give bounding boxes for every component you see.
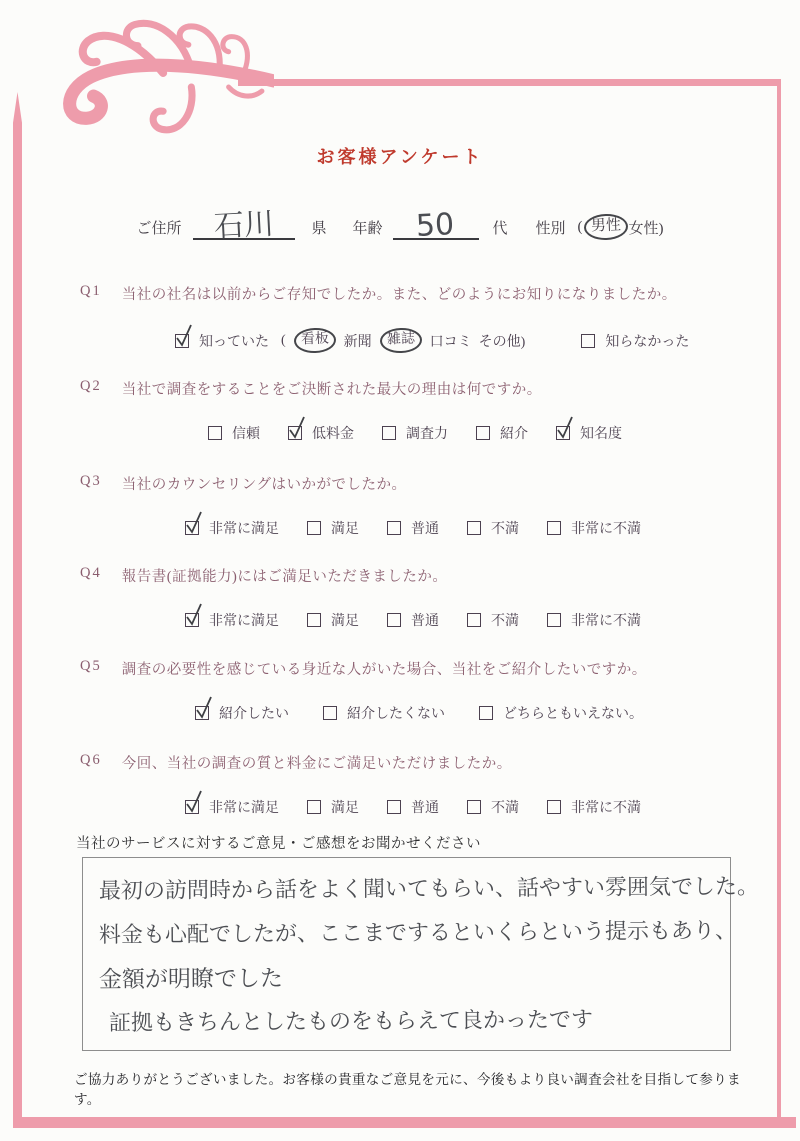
- checkbox-icon: [467, 800, 481, 814]
- option-紹介[interactable]: 紹介: [476, 423, 528, 443]
- option-label: 普通: [411, 610, 439, 630]
- comment-line: 証拠もきちんとしたものをもらえて良かったです: [109, 998, 714, 1046]
- option-label: 信頼: [232, 423, 260, 443]
- option-label: 知名度: [580, 423, 622, 443]
- option-普通[interactable]: 普通: [387, 797, 439, 817]
- question-id: Q1: [80, 283, 102, 304]
- check-mark-icon: [184, 508, 204, 536]
- checkbox-icon: [479, 706, 493, 720]
- check-mark-icon: [174, 321, 194, 349]
- checkbox-icon: [467, 521, 481, 535]
- option-満足[interactable]: 満足: [307, 518, 359, 538]
- question-id: Q4: [80, 565, 102, 586]
- option-label: 満足: [331, 518, 359, 538]
- option-label: 満足: [331, 797, 359, 817]
- option-label: 紹介: [500, 423, 528, 443]
- option-満足[interactable]: 満足: [307, 610, 359, 630]
- option-label: 知っていた: [199, 331, 269, 351]
- question-block-Q4: Q4報告書(証拠能力)にはご満足いただきましたか。非常に満足満足普通不満非常に不…: [80, 565, 770, 630]
- answer-row: 知っていた(看板新聞雑誌口コミその他)知らなかった: [175, 328, 770, 353]
- option-label: 紹介したい: [219, 703, 289, 723]
- address-label: ご住所: [136, 217, 181, 242]
- option-label: 非常に満足: [209, 797, 279, 817]
- option-label: 知らなかった: [605, 331, 689, 351]
- question-id: Q2: [80, 378, 102, 399]
- check-mark-icon: [287, 413, 307, 441]
- checkbox-icon: [307, 521, 321, 535]
- option-label: 普通: [411, 797, 439, 817]
- question-text: 当社のカウンセリングはいかがでしたか。: [122, 473, 407, 494]
- answer-row: 非常に満足満足普通不満非常に不満: [185, 610, 770, 630]
- checkbox-icon: [382, 426, 396, 440]
- source-circled[interactable]: 看板: [293, 327, 336, 353]
- flourish-icon: [22, 16, 274, 148]
- question-line: Q5調査の必要性を感じている身近な人がいた場合、当社をご紹介したいですか。: [80, 658, 770, 679]
- footer-note: ご協力ありがとうございました。お客様の貴重なご意見を元に、今後もより良い調査会社…: [74, 1068, 750, 1108]
- frame-left-bar: [13, 92, 22, 1118]
- checkbox-icon: [387, 800, 401, 814]
- age-field[interactable]: 50: [393, 198, 479, 240]
- age-value: 50: [416, 210, 456, 242]
- checkbox-icon: [185, 521, 199, 535]
- checkbox-icon: [307, 613, 321, 627]
- check-mark-icon: [184, 787, 204, 815]
- checkbox-icon: [208, 426, 222, 440]
- comment-line: 料金も心配でしたが、ここまでするといくらという提示もあり、: [99, 910, 714, 958]
- question-text: 報告書(証拠能力)にはご満足いただきましたか。: [122, 565, 448, 586]
- gender-options[interactable]: ( 男性 女性): [578, 214, 664, 242]
- source-item[interactable]: 口コミ: [430, 331, 472, 351]
- option-非常に不満[interactable]: 非常に不満: [547, 797, 641, 817]
- option-不満[interactable]: 不満: [467, 518, 519, 538]
- option-label: 低料金: [312, 423, 354, 443]
- checkbox-icon: [288, 426, 302, 440]
- option-label: 非常に満足: [209, 518, 279, 538]
- answer-row: 非常に満足満足普通不満非常に不満: [185, 797, 770, 817]
- checkbox-icon: [581, 334, 595, 348]
- option-label: 非常に不満: [571, 518, 641, 538]
- option-不満[interactable]: 不満: [467, 797, 519, 817]
- checkbox-icon: [547, 521, 561, 535]
- option-label: 普通: [411, 518, 439, 538]
- option-label: 非常に不満: [571, 797, 641, 817]
- source-item[interactable]: (: [281, 333, 286, 349]
- age-suffix: 代: [493, 217, 508, 242]
- checkbox-icon: [195, 706, 209, 720]
- comments-label: 当社のサービスに対するご意見・ご感想をお聞かせください: [76, 832, 481, 853]
- question-id: Q6: [80, 752, 102, 773]
- comment-line: 金額が明瞭でした: [99, 954, 714, 1002]
- gender-open-paren: (: [578, 219, 583, 236]
- option-非常に満足[interactable]: 非常に満足: [185, 797, 279, 817]
- option-どちらともいえない。[interactable]: どちらともいえない。: [479, 703, 643, 723]
- option-label: 不満: [491, 797, 519, 817]
- answer-row: 信頼低料金調査力紹介知名度: [208, 423, 770, 443]
- question-text: 今回、当社の調査の質と料金にご満足いただけましたか。: [122, 752, 512, 773]
- option-普通[interactable]: 普通: [387, 518, 439, 538]
- option-低料金[interactable]: 低料金: [288, 423, 354, 443]
- source-list: (看板新聞雑誌口コミその他): [281, 328, 525, 353]
- question-id: Q3: [80, 473, 102, 494]
- survey-sheet: お客様アンケート ご住所 石川 県 年齢 50 代 性別 ( 男性 女性) Q1…: [0, 0, 800, 1141]
- address-suffix: 県: [311, 217, 326, 242]
- question-text: 当社で調査をすることをご決断された最大の理由は何ですか。: [122, 378, 542, 399]
- source-item[interactable]: その他): [479, 331, 526, 351]
- page-title: お客様アンケート: [0, 143, 800, 169]
- option-非常に満足[interactable]: 非常に満足: [185, 518, 279, 538]
- check-mark-icon: [555, 413, 575, 441]
- question-line: Q3当社のカウンセリングはいかがでしたか。: [80, 473, 770, 494]
- option-知っていた[interactable]: 知っていた: [175, 331, 269, 351]
- checkbox-icon: [547, 613, 561, 627]
- option-label: 不満: [491, 518, 519, 538]
- option-満足[interactable]: 満足: [307, 797, 359, 817]
- question-line: Q6今回、当社の調査の質と料金にご満足いただけましたか。: [80, 752, 770, 773]
- gender-male-circled[interactable]: 男性: [583, 213, 628, 241]
- answer-row: 紹介したい紹介したくないどちらともいえない。: [195, 703, 770, 723]
- frame-top-bar: [238, 79, 781, 86]
- question-block-Q3: Q3当社のカウンセリングはいかがでしたか。非常に満足満足普通不満非常に不満: [80, 473, 770, 538]
- question-line: Q1当社の社名は以前からご存知でしたか。また、どのようにお知りになりましたか。: [80, 283, 770, 304]
- address-value: 石川: [214, 209, 275, 242]
- option-label: 紹介したくない: [347, 703, 445, 723]
- gender-female: 女性): [629, 217, 664, 238]
- option-label: 非常に不満: [571, 610, 641, 630]
- source-circled[interactable]: 雑誌: [379, 327, 422, 353]
- checkbox-icon: [175, 334, 189, 348]
- checkbox-icon: [185, 800, 199, 814]
- option-知らなかった[interactable]: 知らなかった: [581, 331, 689, 351]
- check-mark-icon: [194, 693, 214, 721]
- option-普通[interactable]: 普通: [387, 610, 439, 630]
- option-label: 不満: [491, 610, 519, 630]
- checkbox-icon: [323, 706, 337, 720]
- checkbox-icon: [556, 426, 570, 440]
- profile-row: ご住所 石川 県 年齢 50 代 性別 ( 男性 女性): [0, 198, 800, 242]
- option-非常に不満[interactable]: 非常に不満: [547, 518, 641, 538]
- answer-row: 非常に満足満足普通不満非常に不満: [185, 518, 770, 538]
- option-label: どちらともいえない。: [503, 703, 643, 723]
- age-label: 年齢: [352, 217, 382, 242]
- comment-line: 最初の訪問時から話をよく聞いてもらい、話やすい雰囲気でした。: [99, 866, 714, 914]
- checkbox-icon: [476, 426, 490, 440]
- source-item[interactable]: 新聞: [344, 331, 372, 351]
- gender-label: 性別: [536, 217, 566, 242]
- checkbox-icon: [307, 800, 321, 814]
- option-label: 満足: [331, 610, 359, 630]
- question-block-Q6: Q6今回、当社の調査の質と料金にご満足いただけましたか。非常に満足満足普通不満非…: [80, 752, 770, 817]
- checkbox-icon: [547, 800, 561, 814]
- question-block-Q5: Q5調査の必要性を感じている身近な人がいた場合、当社をご紹介したいですか。紹介し…: [80, 658, 770, 723]
- question-block-Q1: Q1当社の社名は以前からご存知でしたか。また、どのようにお知りになりましたか。知…: [80, 283, 770, 353]
- checkbox-icon: [467, 613, 481, 627]
- option-非常に不満[interactable]: 非常に不満: [547, 610, 641, 630]
- question-id: Q5: [80, 658, 102, 679]
- question-line: Q2当社で調査をすることをご決断された最大の理由は何ですか。: [80, 378, 770, 399]
- option-label: 調査力: [406, 423, 448, 443]
- option-label: 非常に満足: [209, 610, 279, 630]
- option-不満[interactable]: 不満: [467, 610, 519, 630]
- frame-bottom-bar: [13, 1117, 796, 1128]
- checkbox-icon: [387, 613, 401, 627]
- option-紹介したい[interactable]: 紹介したい: [195, 703, 289, 723]
- option-知名度[interactable]: 知名度: [556, 423, 622, 443]
- check-mark-icon: [184, 600, 204, 628]
- option-紹介したくない[interactable]: 紹介したくない: [323, 703, 445, 723]
- checkbox-icon: [185, 613, 199, 627]
- option-信頼[interactable]: 信頼: [208, 423, 260, 443]
- address-field[interactable]: 石川: [193, 198, 295, 240]
- question-block-Q2: Q2当社で調査をすることをご決断された最大の理由は何ですか。信頼低料金調査力紹介…: [80, 378, 770, 443]
- question-text: 当社の社名は以前からご存知でしたか。また、どのようにお知りになりましたか。: [122, 283, 677, 304]
- option-非常に満足[interactable]: 非常に満足: [185, 610, 279, 630]
- question-line: Q4報告書(証拠能力)にはご満足いただきましたか。: [80, 565, 770, 586]
- comments-box[interactable]: 最初の訪問時から話をよく聞いてもらい、話やすい雰囲気でした。料金も心配でしたが、…: [82, 857, 731, 1051]
- question-text: 調査の必要性を感じている身近な人がいた場合、当社をご紹介したいですか。: [122, 658, 647, 679]
- option-調査力[interactable]: 調査力: [382, 423, 448, 443]
- checkbox-icon: [387, 521, 401, 535]
